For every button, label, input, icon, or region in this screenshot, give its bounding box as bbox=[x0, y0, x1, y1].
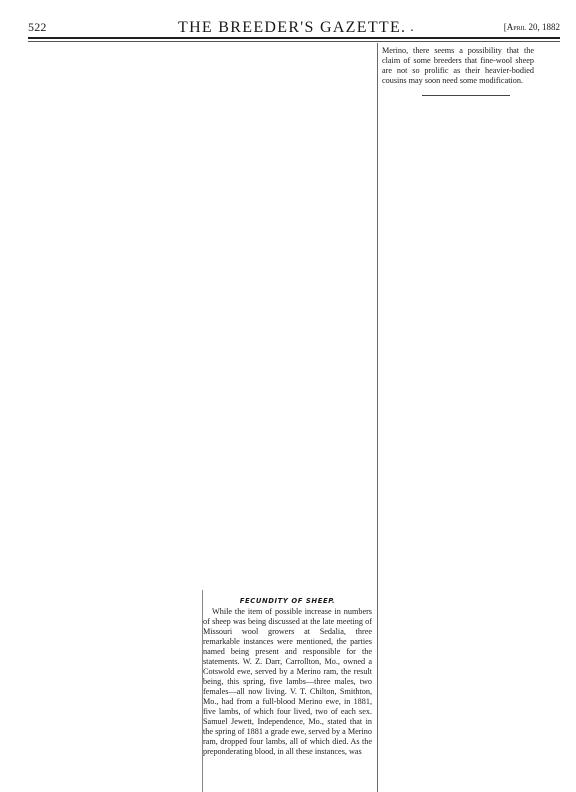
right-column: Merino, there seems a possibility that t… bbox=[382, 46, 534, 86]
article-body: While the item of possible increase in n… bbox=[203, 607, 372, 757]
masthead-rule-thick bbox=[28, 37, 560, 39]
date-day-year: 20, 1882 bbox=[526, 22, 560, 32]
date-month: April bbox=[507, 22, 527, 32]
article-end-rule bbox=[422, 95, 510, 96]
article-fecundity-of-sheep: FECUNDITY OF SHEEP. While the item of po… bbox=[203, 597, 372, 757]
page-number: 522 bbox=[28, 20, 47, 35]
masthead: 522 THE BREEDER'S GAZETTE. . [April 20, … bbox=[28, 19, 560, 35]
issue-date: [April 20, 1882 bbox=[504, 22, 560, 32]
masthead-rule-thin bbox=[28, 41, 560, 42]
continuation-paragraph: Merino, there seems a possibility that t… bbox=[382, 46, 534, 86]
column-divider bbox=[377, 43, 378, 792]
newspaper-title: THE BREEDER'S GAZETTE. bbox=[178, 19, 406, 37]
article-heading: FECUNDITY OF SHEEP. bbox=[203, 597, 372, 605]
stray-mark: . bbox=[410, 20, 414, 34]
